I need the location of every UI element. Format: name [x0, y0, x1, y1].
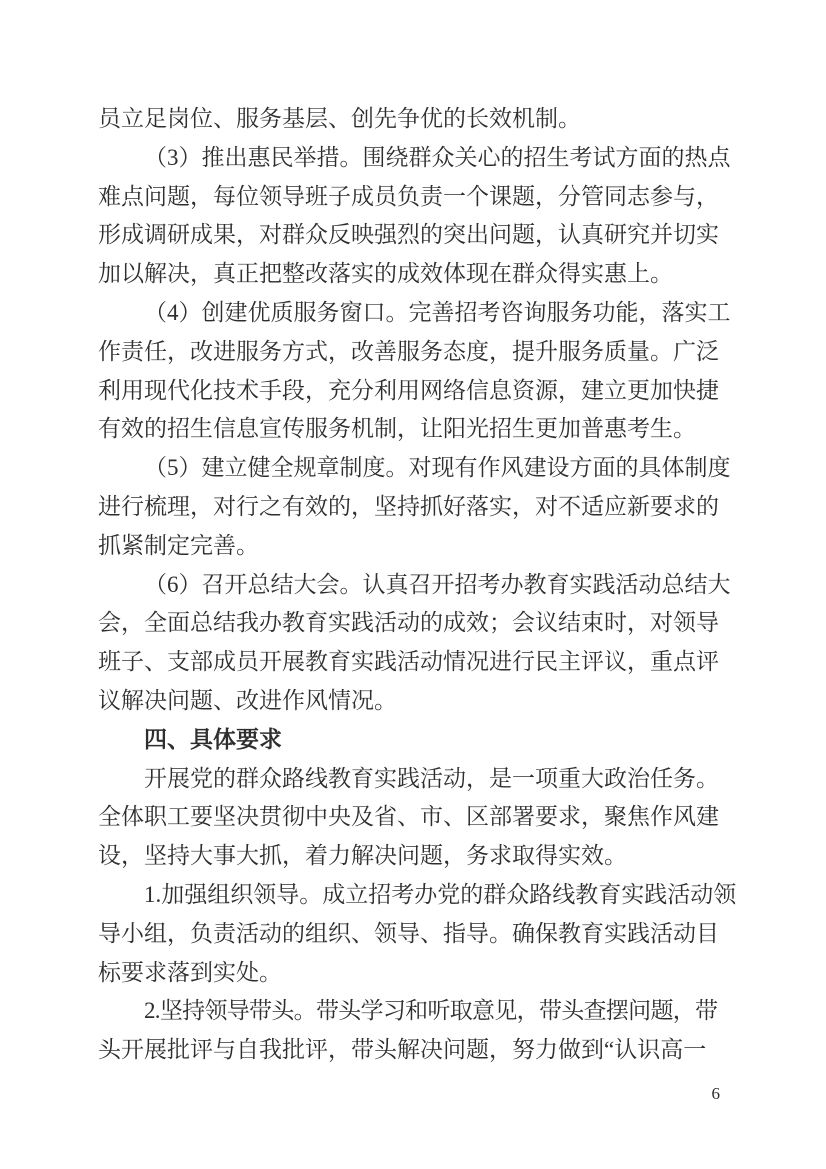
- text-block: 员立足岗位、服务基层、创先争优的长效机制。 （3）推出惠民举措。围绕群众关心的招…: [98, 100, 720, 1070]
- text-line: （4）创建优质服务窗口。完善招考咨询服务功能，落实工: [98, 294, 720, 333]
- text-line: 进行梳理，对行之有效的，坚持抓好落实，对不适应新要求的: [98, 488, 720, 527]
- text-line: 班子、支部成员开展教育实践活动情况进行民主评议，重点评: [98, 643, 720, 682]
- text-line: 形成调研成果，对群众反映强烈的突出问题，认真研究并切实: [98, 216, 720, 255]
- section-heading: 四、具体要求: [98, 721, 720, 760]
- text-line: 开展党的群众路线教育实践活动，是一项重大政治任务。: [98, 760, 720, 799]
- text-line: 员立足岗位、服务基层、创先争优的长效机制。: [98, 100, 720, 139]
- text-line: 全体职工要坚决贯彻中央及省、市、区部署要求，聚焦作风建: [98, 798, 720, 837]
- text-line: 导小组，负责活动的组织、领导、指导。确保教育实践活动目: [98, 915, 720, 954]
- text-line: 2.坚持领导带头。带头学习和听取意见，带头查摆问题，带: [98, 992, 720, 1031]
- text-line: 有效的招生信息宣传服务机制，让阳光招生更加普惠考生。: [98, 410, 720, 449]
- text-line: （5）建立健全规章制度。对现有作风建设方面的具体制度: [98, 449, 720, 488]
- document-page: 员立足岗位、服务基层、创先争优的长效机制。 （3）推出惠民举措。围绕群众关心的招…: [0, 0, 826, 1169]
- text-line: 抓紧制定完善。: [98, 527, 720, 566]
- text-line: 利用现代化技术手段，充分利用网络信息资源，建立更加快捷: [98, 372, 720, 411]
- text-line: （3）推出惠民举措。围绕群众关心的招生考试方面的热点: [98, 139, 720, 178]
- page-number: 6: [98, 1082, 720, 1106]
- text-line: 议解决问题、改进作风情况。: [98, 682, 720, 721]
- text-line: 加以解决，真正把整改落实的成效体现在群众得实惠上。: [98, 255, 720, 294]
- text-line: 会，全面总结我办教育实践活动的成效；会议结束时，对领导: [98, 604, 720, 643]
- text-line: 头开展批评与自我批评，带头解决问题，努力做到“认识高一: [98, 1031, 720, 1070]
- text-line: 标要求落到实处。: [98, 954, 720, 993]
- text-line: 设，坚持大事大抓，着力解决问题，务求取得实效。: [98, 837, 720, 876]
- text-line: （6）召开总结大会。认真召开招考办教育实践活动总结大: [98, 566, 720, 605]
- text-line: 难点问题，每位领导班子成员负责一个课题，分管同志参与，: [98, 178, 720, 217]
- text-line: 1.加强组织领导。成立招考办党的群众路线教育实践活动领: [98, 876, 720, 915]
- text-line: 作责任，改进服务方式，改善服务态度，提升服务质量。广泛: [98, 333, 720, 372]
